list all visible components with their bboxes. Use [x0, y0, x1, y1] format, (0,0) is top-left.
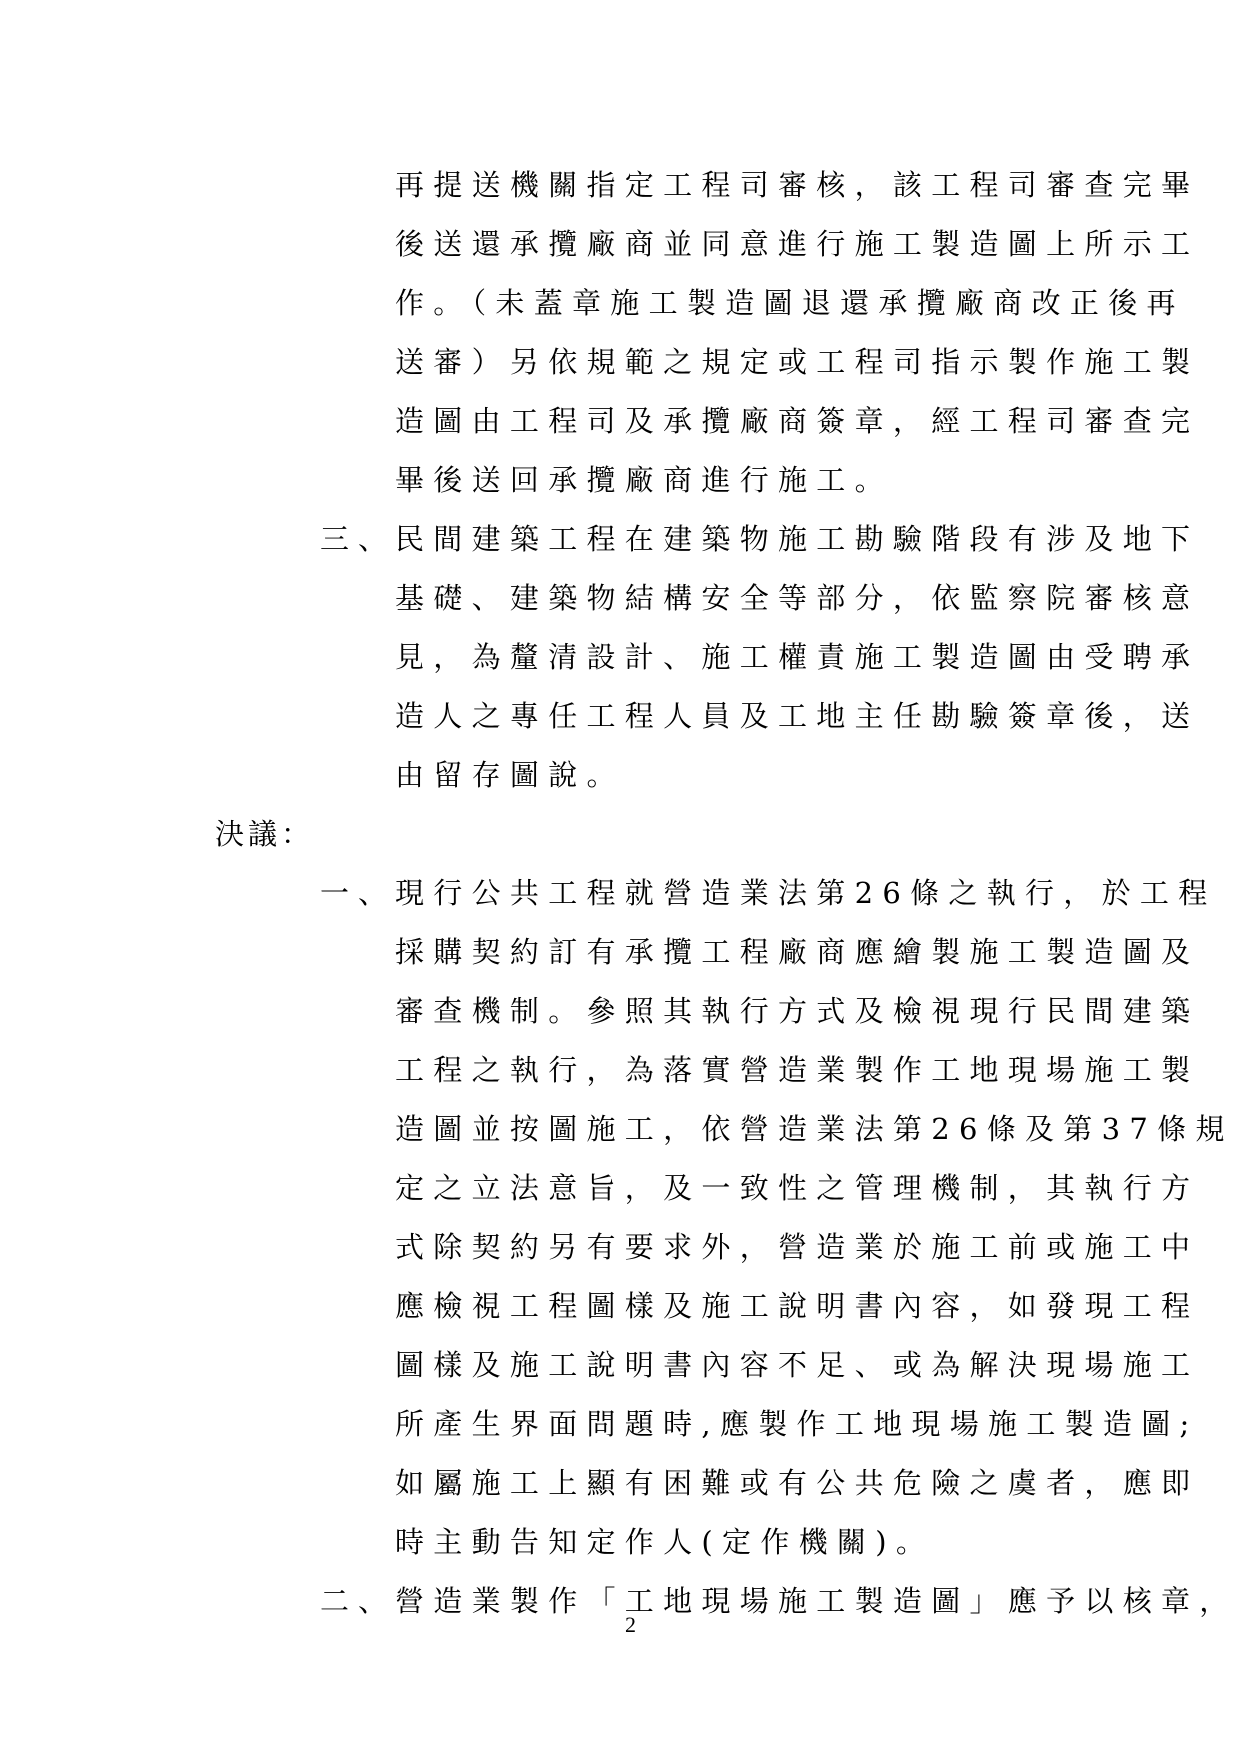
paragraph-line: 後送還承攬廠商並同意進行施工製造圖上所示工 [395, 215, 1199, 274]
list-item-line: 造圖並按圖施工，依營造業法第26條及第37條規 [395, 1100, 1234, 1159]
list-item-line: 審查機制。參照其執行方式及檢視現行民間建築 [395, 982, 1199, 1041]
list-item-line: 應檢視工程圖樣及施工說明書內容，如發現工程 [395, 1277, 1199, 1336]
paragraph-line: 送審）另依規範之規定或工程司指示製作施工製 [395, 333, 1199, 392]
paragraph-line: 畢後送回承攬廠商進行施工。 [395, 451, 893, 510]
list-item-line: 所產生界面問題時,應製作工地現場施工製造圖; [395, 1395, 1199, 1454]
list-item-line: 時主動告知定作人(定作機關)。 [395, 1513, 934, 1572]
list-item-line: 式除契約另有要求外，營造業於施工前或施工中 [395, 1218, 1199, 1277]
list-item-line: 造人之專任工程人員及工地主任勘驗簽章後，送 [395, 687, 1199, 746]
list-item-line: 採購契約訂有承攬工程廠商應繪製施工製造圖及 [395, 923, 1199, 982]
list-item-line: 民間建築工程在建築物施工勘驗階段有涉及地下 [395, 510, 1199, 569]
paragraph-line: 作。（未蓋章施工製造圖退還承攬廠商改正後再 [395, 274, 1185, 333]
paragraph-line: 再提送機關指定工程司審核，該工程司審查完畢 [395, 156, 1199, 215]
list-item-line: 由留存圖說。 [395, 746, 625, 805]
list-marker-three: 三、 [320, 510, 396, 569]
list-item-line: 工程之執行，為落實營造業製作工地現場施工製 [395, 1041, 1199, 1100]
list-item-line: 如屬施工上顯有困難或有公共危險之虞者，應即 [395, 1454, 1199, 1513]
paragraph-line: 造圖由工程司及承攬廠商簽章，經工程司審查完 [395, 392, 1199, 451]
list-item-line: 基礎、建築物結構安全等部分，依監察院審核意 [395, 569, 1199, 628]
list-marker-one: 一、 [320, 864, 396, 923]
resolution-heading: 決議： [215, 805, 314, 864]
list-item-line: 見，為釐清設計、施工權責施工製造圖由受聘承 [395, 628, 1199, 687]
page-number: 2 [0, 1612, 1241, 1638]
list-item-line: 現行公共工程就營造業法第26條之執行，於工程 [395, 864, 1217, 923]
document-page: 再提送機關指定工程司審核，該工程司審查完畢 後送還承攬廠商並同意進行施工製造圖上… [0, 0, 1241, 1755]
list-item-line: 定之立法意旨，及一致性之管理機制，其執行方 [395, 1159, 1199, 1218]
list-item-line: 圖樣及施工說明書內容不足、或為解決現場施工 [395, 1336, 1199, 1395]
